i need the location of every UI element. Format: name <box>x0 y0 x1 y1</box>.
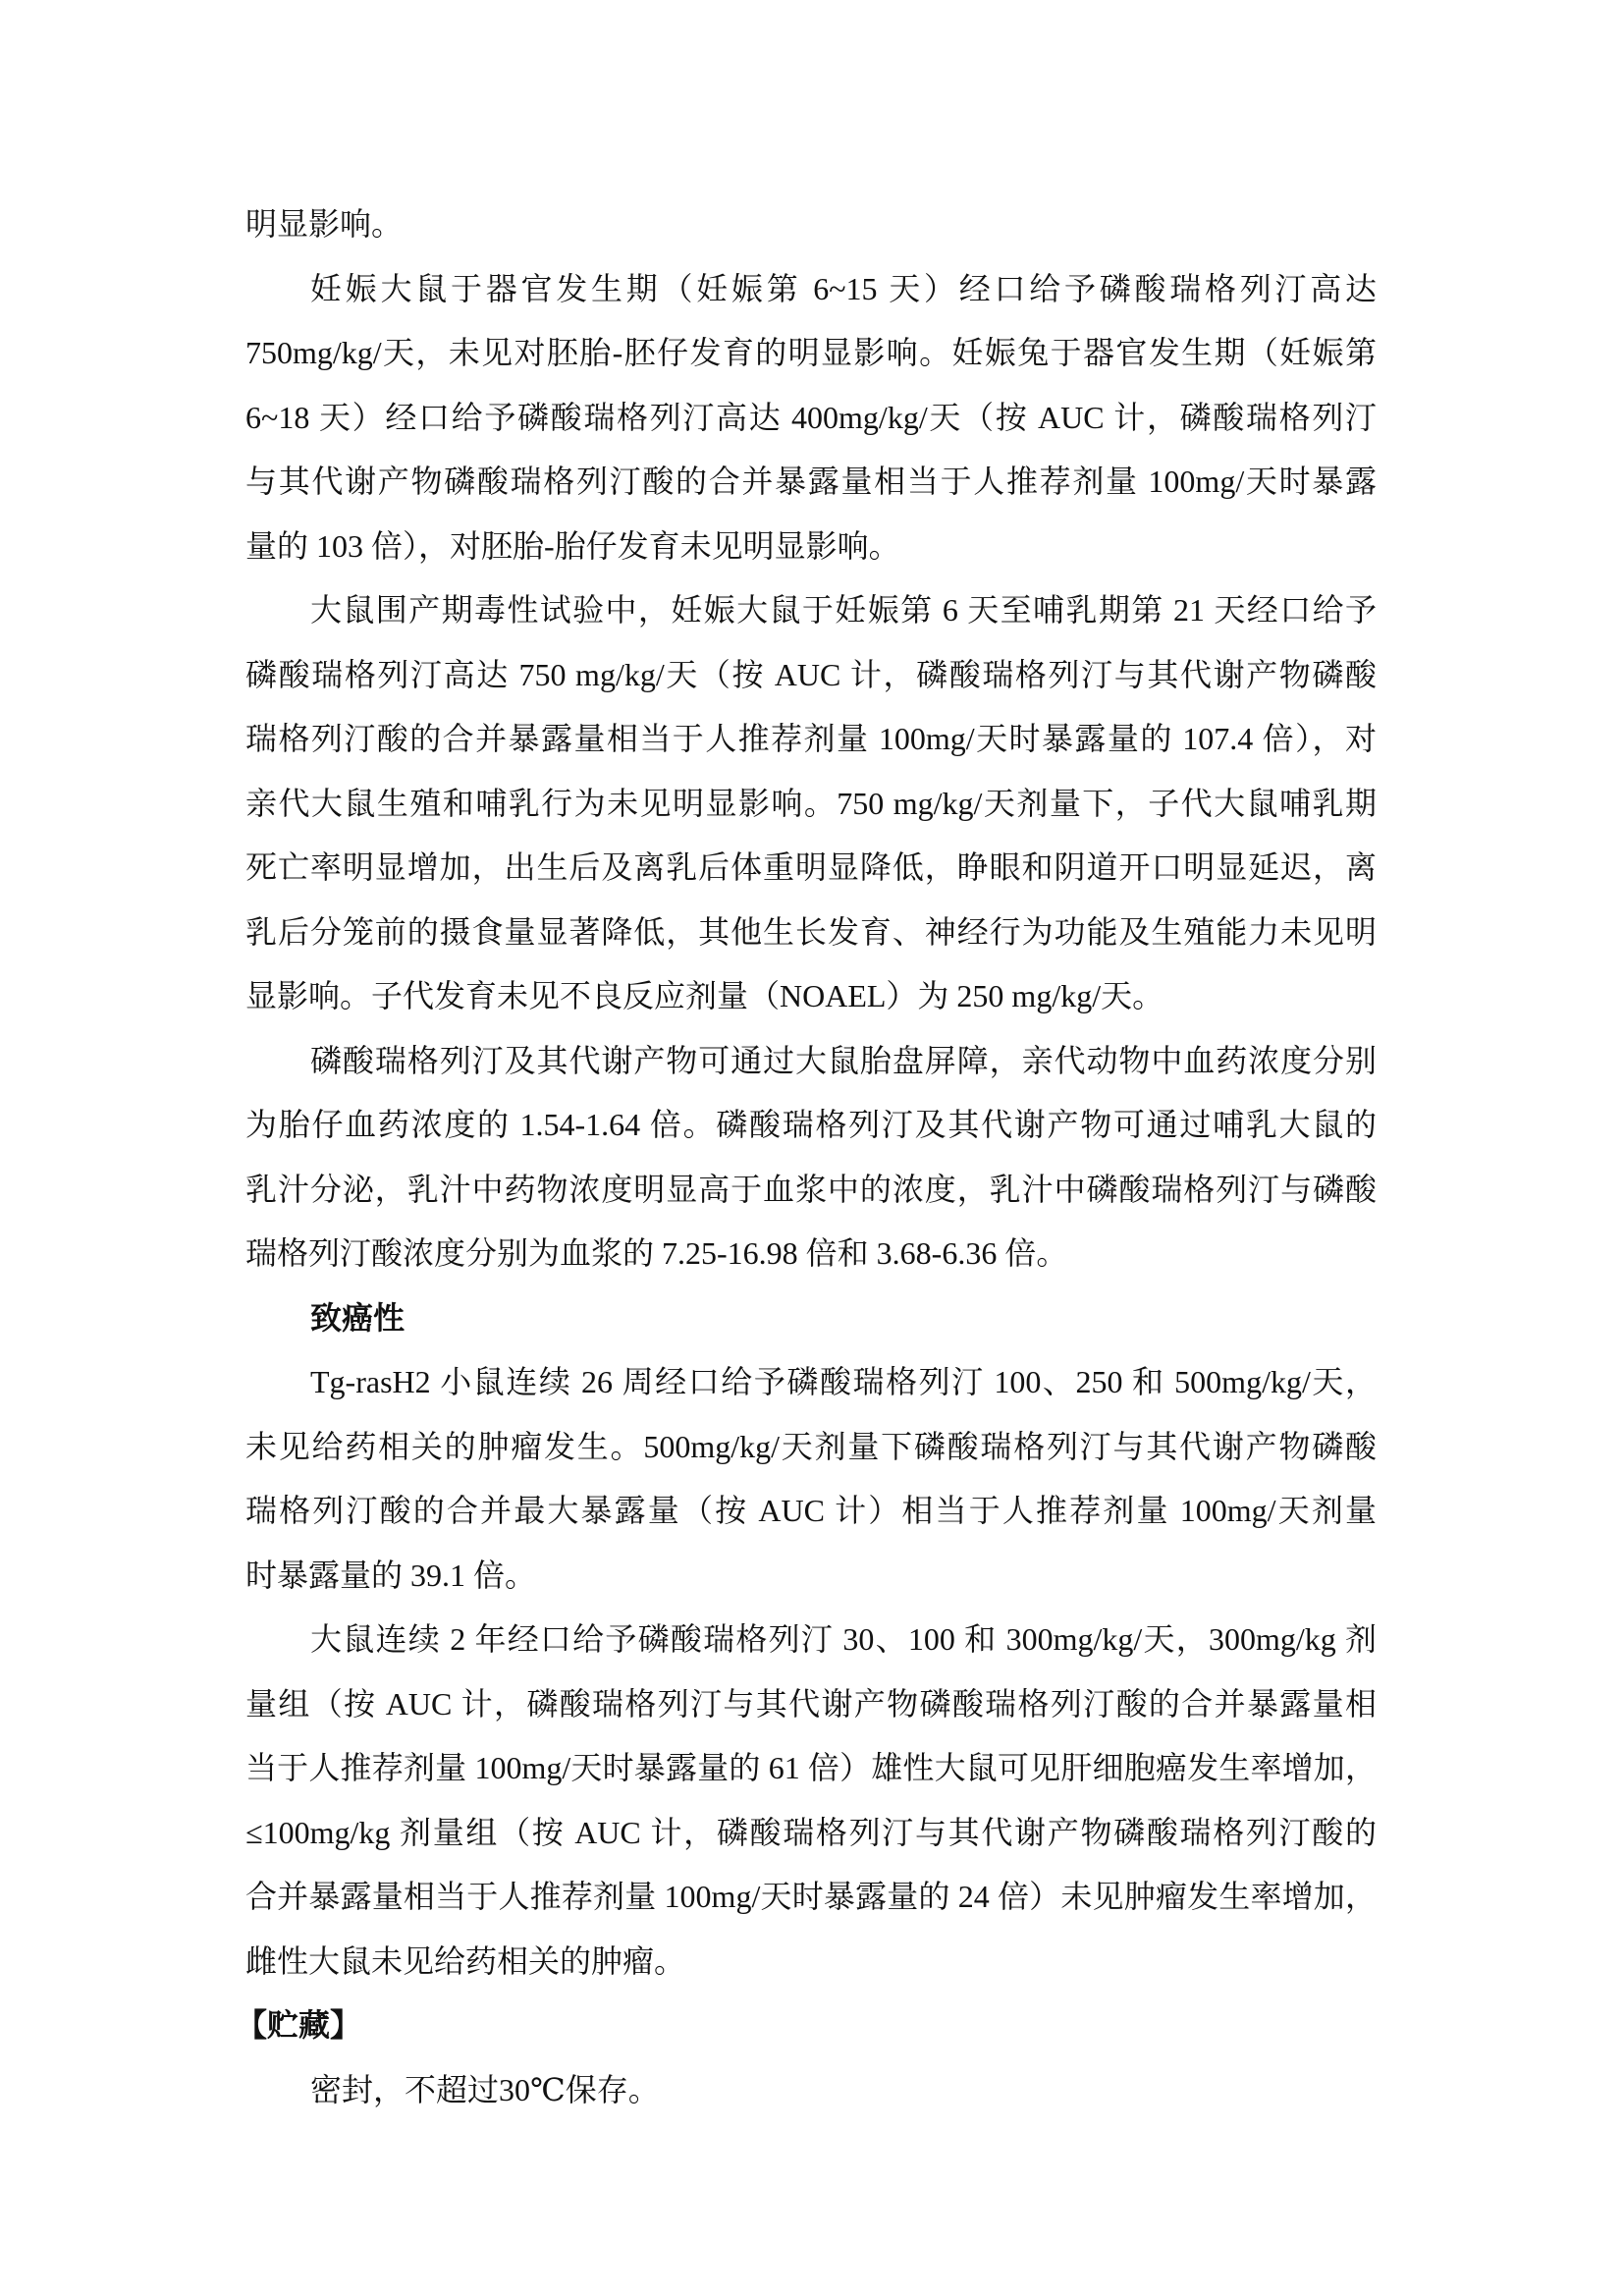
text-line: 大鼠围产期毒性试验中，妊娠大鼠于妊娠第 6 天至哺乳期第 21 天经口给予 <box>245 578 1377 643</box>
text-line: 明显影响。 <box>245 192 1377 257</box>
section-carcinogenicity: 致癌性 Tg-rasH2 小鼠连续 26 周经口给予磷酸瑞格列汀 100、250… <box>245 1286 1377 1995</box>
text-line: 乳后分笼前的摄食量显著降低，其他生长发育、神经行为功能及生殖能力未见明 <box>245 901 1377 965</box>
text-line: 合并暴露量相当于人推荐剂量 100mg/天时暴露量的 24 倍）未见肿瘤发生率增… <box>245 1865 1377 1930</box>
text-line: 750mg/kg/天，未见对胚胎-胚仔发育的明显影响。妊娠兔于器官发生期（妊娠第 <box>245 321 1377 386</box>
text-line: 量的 103 倍），对胚胎-胎仔发育未见明显影响。 <box>245 515 1377 579</box>
text-line: 妊娠大鼠于器官发生期（妊娠第 6~15 天）经口给予磷酸瑞格列汀高达 <box>245 257 1377 322</box>
document-page: 明显影响。 妊娠大鼠于器官发生期（妊娠第 6~15 天）经口给予磷酸瑞格列汀高达… <box>245 192 1377 2122</box>
text-line: 瑞格列汀酸的合并暴露量相当于人推荐剂量 100mg/天时暴露量的 107.4 倍… <box>245 707 1377 772</box>
paragraph-continuation: 明显影响。 <box>245 192 1377 257</box>
text-line: 瑞格列汀酸的合并最大暴露量（按 AUC 计）相当于人推荐剂量 100mg/天剂量 <box>245 1479 1377 1544</box>
text-line: 大鼠连续 2 年经口给予磷酸瑞格列汀 30、100 和 300mg/kg/天，3… <box>245 1608 1377 1672</box>
text-line: 乳汁分泌，乳汁中药物浓度明显高于血浆中的浓度，乳汁中磷酸瑞格列汀与磷酸 <box>245 1158 1377 1223</box>
storage-text: 密封，不超过30℃保存。 <box>245 2058 1377 2123</box>
text-line: 亲代大鼠生殖和哺乳行为未见明显影响。750 mg/kg/天剂量下，子代大鼠哺乳期 <box>245 772 1377 837</box>
text-line: 量组（按 AUC 计，磷酸瑞格列汀与其代谢产物磷酸瑞格列汀酸的合并暴露量相 <box>245 1672 1377 1737</box>
text-line: 时暴露量的 39.1 倍。 <box>245 1544 1377 1609</box>
text-line: 磷酸瑞格列汀及其代谢产物可通过大鼠胎盘屏障，亲代动物中血药浓度分别 <box>245 1029 1377 1094</box>
section-heading: 致癌性 <box>245 1286 1377 1351</box>
text-line: ≤100mg/kg 剂量组（按 AUC 计，磷酸瑞格列汀与其代谢产物磷酸瑞格列汀… <box>245 1801 1377 1866</box>
text-line: 为胎仔血药浓度的 1.54-1.64 倍。磷酸瑞格列汀及其代谢产物可通过哺乳大鼠… <box>245 1093 1377 1158</box>
section-title: 【贮藏】 <box>236 1994 1377 2058</box>
text-line: 雌性大鼠未见给药相关的肿瘤。 <box>245 1930 1377 1995</box>
text-line: 显影响。子代发育未见不良反应剂量（NOAEL）为 250 mg/kg/天。 <box>245 964 1377 1029</box>
text-line: Tg-rasH2 小鼠连续 26 周经口给予磷酸瑞格列汀 100、250 和 5… <box>245 1350 1377 1415</box>
paragraph-rat-study: 大鼠连续 2 年经口给予磷酸瑞格列汀 30、100 和 300mg/kg/天，3… <box>245 1608 1377 1994</box>
text-line: 磷酸瑞格列汀高达 750 mg/kg/天（按 AUC 计，磷酸瑞格列汀与其代谢产… <box>245 643 1377 708</box>
text-line: 死亡率明显增加，出生后及离乳后体重明显降低，睁眼和阴道开口明显延迟，离 <box>245 836 1377 901</box>
text-line: 与其代谢产物磷酸瑞格列汀酸的合并暴露量相当于人推荐剂量 100mg/天时暴露 <box>245 450 1377 515</box>
text-line: 瑞格列汀酸浓度分别为血浆的 7.25-16.98 倍和 3.68-6.36 倍。 <box>245 1222 1377 1286</box>
paragraph-mouse-study: Tg-rasH2 小鼠连续 26 周经口给予磷酸瑞格列汀 100、250 和 5… <box>245 1350 1377 1608</box>
text-line: 当于人推荐剂量 100mg/天时暴露量的 61 倍）雄性大鼠可见肝细胞癌发生率增… <box>245 1736 1377 1801</box>
text-line: 未见给药相关的肿瘤发生。500mg/kg/天剂量下磷酸瑞格列汀与其代谢产物磷酸 <box>245 1415 1377 1480</box>
paragraph-teratology: 妊娠大鼠于器官发生期（妊娠第 6~15 天）经口给予磷酸瑞格列汀高达 750mg… <box>245 257 1377 579</box>
section-storage: 【贮藏】 密封，不超过30℃保存。 <box>245 1994 1377 2122</box>
paragraph-perinatal: 大鼠围产期毒性试验中，妊娠大鼠于妊娠第 6 天至哺乳期第 21 天经口给予 磷酸… <box>245 578 1377 1029</box>
text-line: 6~18 天）经口给予磷酸瑞格列汀高达 400mg/kg/天（按 AUC 计，磷… <box>245 386 1377 451</box>
paragraph-placenta-milk: 磷酸瑞格列汀及其代谢产物可通过大鼠胎盘屏障，亲代动物中血药浓度分别 为胎仔血药浓… <box>245 1029 1377 1286</box>
